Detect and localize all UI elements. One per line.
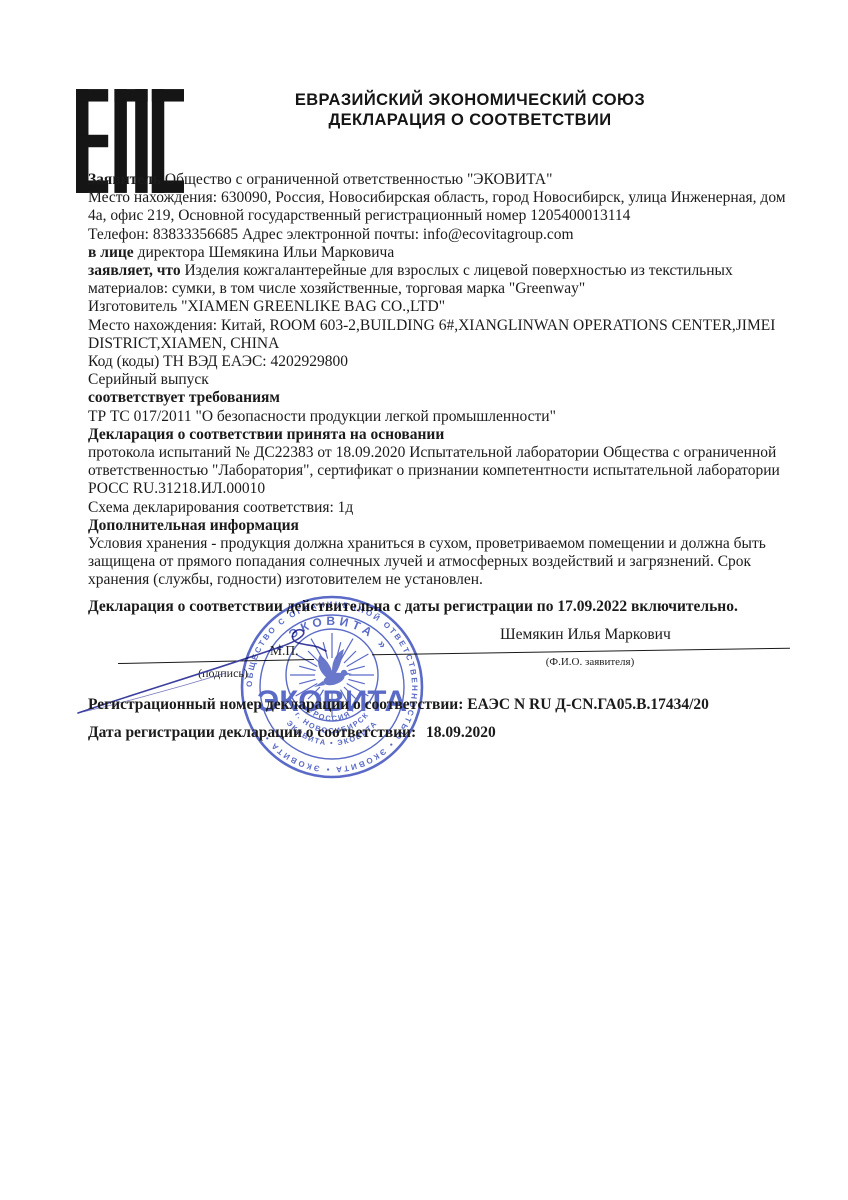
body-paragraph: Декларация о соответствии принята на осн… <box>88 426 804 444</box>
title-line-union: ЕВРАЗИЙСКИЙ ЭКОНОМИЧЕСКИЙ СОЮЗ <box>170 90 770 110</box>
reg-number-label: Регистрационный номер декларации о соотв… <box>88 696 463 713</box>
body-paragraph: Изготовитель "XIAMEN GREENLIKE BAG CO.,L… <box>88 298 804 316</box>
document-title: ЕВРАЗИЙСКИЙ ЭКОНОМИЧЕСКИЙ СОЮЗ ДЕКЛАРАЦИ… <box>170 90 770 130</box>
body-paragraph: ТР ТС 017/2011 "О безопасности продукции… <box>88 408 804 426</box>
body-paragraph: Место нахождения: 630090, Россия, Новоси… <box>88 189 804 225</box>
reg-date-value: 18.09.2020 <box>426 724 496 741</box>
body-paragraph: Серийный выпуск <box>88 371 804 389</box>
body-paragraph: Код (коды) ТН ВЭД ЕАЭС: 4202929800 <box>88 353 804 371</box>
reg-date-label: Дата регистрации декларации о соответств… <box>88 724 416 741</box>
reg-number-line: Регистрационный номер декларации о соотв… <box>88 696 709 714</box>
declaration-body: Заявитель Общество с ограниченной ответс… <box>88 171 804 590</box>
body-paragraph: Схема декларирования соответствия: 1д <box>88 499 804 517</box>
body-paragraph: протокола испытаний № ДС22383 от 18.09.2… <box>88 444 804 499</box>
validity-statement: Декларация о соответствии действительна … <box>88 598 818 616</box>
body-paragraph: Место нахождения: Китай, ROOM 603-2,BUIL… <box>88 317 804 353</box>
declarant-name: Шемякин Илья Маркович <box>500 626 671 644</box>
body-paragraph: Условия хранения - продукция должна хран… <box>88 535 804 590</box>
body-paragraph: Телефон: 83833356685 Адрес электронной п… <box>88 226 804 244</box>
body-paragraph: Дополнительная информация <box>88 517 804 535</box>
reg-number-value: ЕАЭС N RU Д-CN.ГА05.В.17434/20 <box>467 696 709 713</box>
body-paragraph: соответствует требованиям <box>88 389 804 407</box>
declarant-name-caption: (Ф.И.О. заявителя) <box>505 656 675 668</box>
document-page: ЕВРАЗИЙСКИЙ ЭКОНОМИЧЕСКИЙ СОЮЗ ДЕКЛАРАЦИ… <box>0 0 848 1200</box>
body-paragraph: заявляет, что Изделия кожгалантерейные д… <box>88 262 804 298</box>
company-stamp: ОБЩЕСТВО С ОГРАНИЧЕННОЙ ОТВЕТСТВЕННОСТЬЮ… <box>237 592 427 782</box>
title-line-declaration: ДЕКЛАРАЦИЯ О СООТВЕТСТВИИ <box>170 110 770 130</box>
body-paragraph: Заявитель Общество с ограниченной ответс… <box>88 171 804 189</box>
declarant-name-line <box>372 648 790 656</box>
reg-date-line: Дата регистрации декларации о соответств… <box>88 724 496 742</box>
body-paragraph: в лице директора Шемякина Ильи Марковича <box>88 244 804 262</box>
